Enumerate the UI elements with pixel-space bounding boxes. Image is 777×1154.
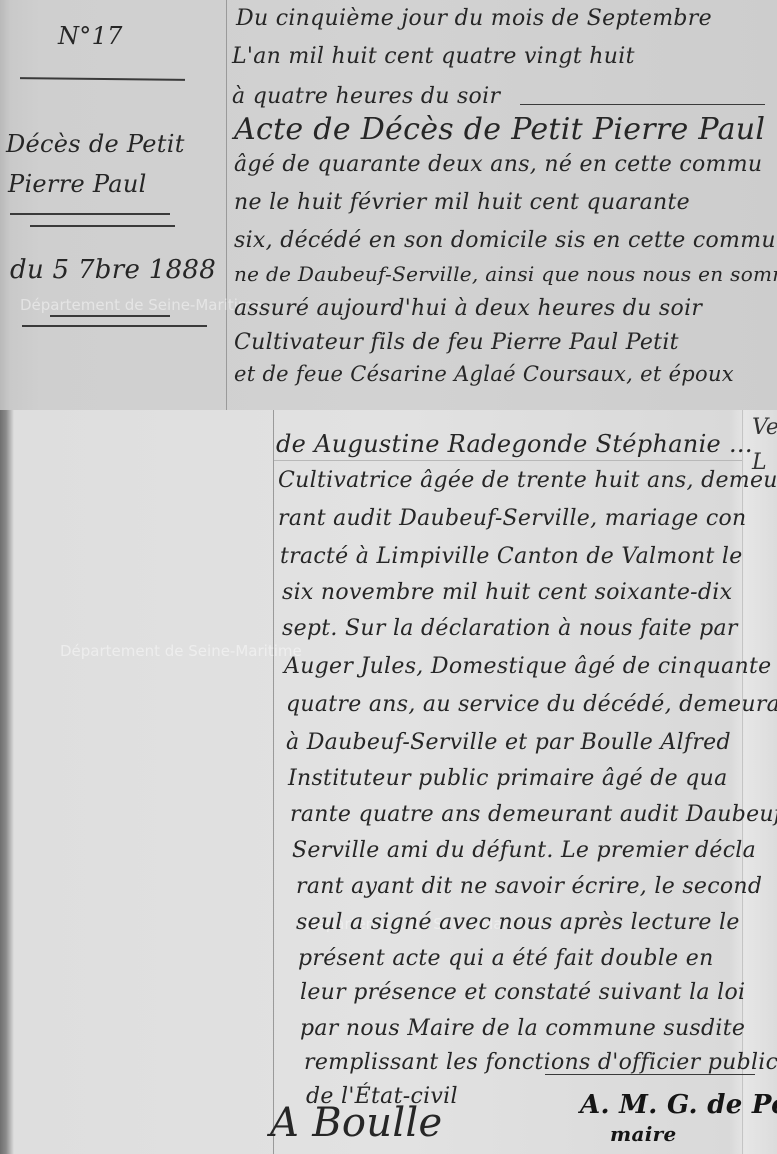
scan-top-section: N°17 Décès de Petit Pierre Paul du 5 7br… bbox=[0, 0, 777, 410]
body-line: par nous Maire de la commune susdite bbox=[300, 1016, 745, 1041]
body-line: L'an mil huit cent quatre vingt huit bbox=[232, 44, 635, 69]
margin-title-line2: Pierre Paul bbox=[8, 170, 147, 198]
adjacent-page-fragment: L bbox=[752, 450, 767, 475]
body-line: seul a signé avec nous après lecture le bbox=[296, 910, 740, 935]
act-heading: Acte de Décès de Petit Pierre Paul bbox=[234, 112, 765, 147]
body-line: Cultivatrice âgée de trente huit ans, de… bbox=[278, 468, 777, 493]
margin-rule bbox=[273, 410, 274, 1154]
double-rule-top bbox=[10, 213, 170, 215]
double-rule-bottom bbox=[30, 225, 175, 227]
date-rule-bottom bbox=[22, 325, 207, 327]
body-line: rant audit Daubeuf-Serville, mariage con bbox=[278, 506, 747, 531]
body-line: rant ayant dit ne savoir écrire, le seco… bbox=[296, 874, 762, 899]
line-filler bbox=[520, 104, 765, 105]
witness-signature: A Boulle bbox=[270, 1100, 443, 1146]
body-line: remplissant les fonctions d'officier pub… bbox=[304, 1050, 777, 1075]
mayor-title: maire bbox=[610, 1122, 676, 1146]
margin-date: du 5 7bre 1888 bbox=[10, 255, 216, 285]
watermark: Département de Seine-Maritime bbox=[20, 296, 262, 314]
line-filler bbox=[545, 1074, 755, 1075]
body-line: tracté à Limpiville Canton de Valmont le bbox=[280, 544, 743, 569]
body-line: Auger Jules, Domestique âgé de cinquante bbox=[284, 654, 771, 679]
body-line: rante quatre ans demeurant audit Daubeuf bbox=[290, 802, 777, 827]
body-line: présent acte qui a été fait double en bbox=[298, 946, 714, 971]
body-line: Cultivateur fils de feu Pierre Paul Peti… bbox=[234, 330, 679, 355]
body-line: de Augustine Radegonde Stéphanie ... bbox=[276, 430, 753, 458]
mayor-signature: A. M. G. de Pomereu bbox=[580, 1090, 777, 1120]
body-line: ne de Daubeuf-Serville, ainsi que nous n… bbox=[234, 262, 777, 286]
watermark: Département de Seine-Maritime bbox=[60, 642, 302, 660]
body-line: assuré aujourd'hui à deux heures du soir bbox=[234, 296, 702, 321]
adjacent-page-fragment: Ve bbox=[752, 415, 777, 440]
body-line: Serville ami du défunt. Le premier décla bbox=[292, 838, 756, 863]
date-rule-top bbox=[50, 315, 170, 317]
body-line: Du cinquième jour du mois de Septembre bbox=[236, 6, 712, 31]
margin-rule bbox=[226, 0, 227, 410]
body-line: six, décédé en son domicile sis en cette… bbox=[234, 228, 776, 253]
body-line: Instituteur public primaire âgé de qua bbox=[288, 766, 728, 791]
body-line: à Daubeuf-Serville et par Boulle Alfred bbox=[286, 730, 731, 755]
body-line: ne le huit février mil huit cent quarant… bbox=[234, 190, 690, 215]
body-line: six novembre mil huit cent soixante-dix bbox=[282, 580, 732, 605]
body-line: quatre ans, au service du décédé, demeur… bbox=[286, 692, 777, 717]
body-line: leur présence et constaté suivant la loi bbox=[300, 980, 745, 1005]
ruled-line bbox=[274, 460, 742, 461]
scan-bottom-section: Département de Seine-Maritime Départemen… bbox=[0, 410, 777, 1154]
body-line: à quatre heures du soir bbox=[232, 84, 500, 109]
underline bbox=[20, 77, 185, 80]
body-line: et de feue Césarine Aglaé Coursaux, et é… bbox=[234, 362, 734, 386]
body-line: sept. Sur la déclaration à nous faite pa… bbox=[282, 616, 738, 641]
record-number: N°17 bbox=[58, 22, 123, 50]
margin-title-line1: Décès de Petit bbox=[6, 130, 185, 158]
body-line: âgé de quarante deux ans, né en cette co… bbox=[234, 152, 762, 177]
